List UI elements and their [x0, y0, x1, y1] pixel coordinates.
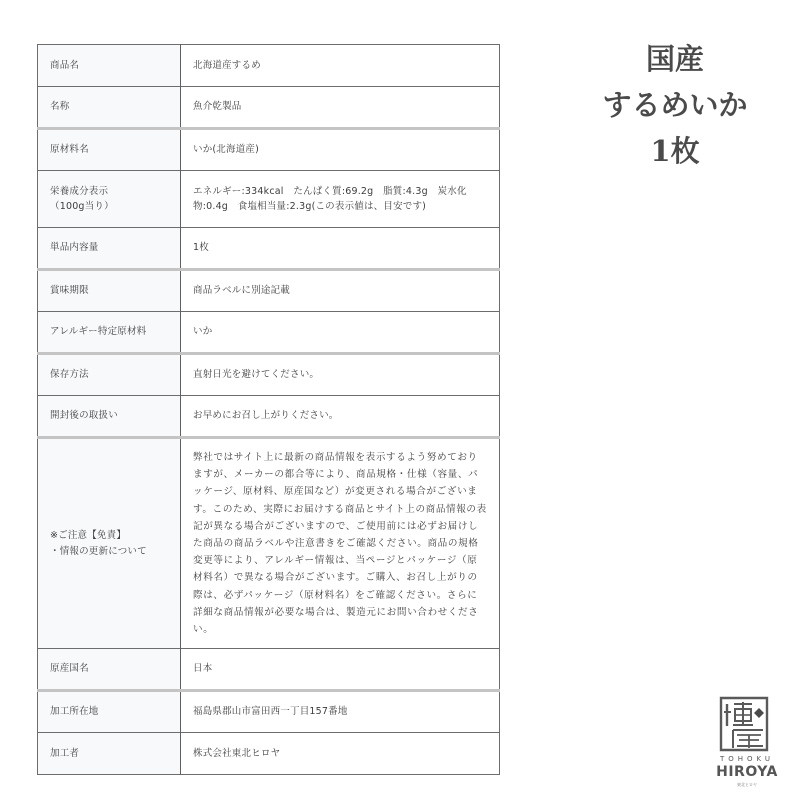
- row-label-name: 名称: [38, 87, 181, 129]
- row-label-product-name: 商品名: [38, 45, 181, 87]
- row-value-disclaimer: 弊社ではサイト上に最新の商品情報を表示するよう努めておりますが、メーカーの都合等…: [181, 438, 500, 649]
- row-value-processor: 株式会社東北ヒロヤ: [181, 733, 500, 775]
- row-label-storage: 保存方法: [38, 354, 181, 396]
- table-row: 原産国名 日本: [38, 649, 500, 691]
- row-value-processing-location: 福島県郡山市富田西一丁目157番地: [181, 691, 500, 733]
- row-label-disclaimer: ※ご注意【免責】 ・情報の更新について: [38, 438, 181, 649]
- logo-tohoku-text: TOHOKU: [716, 755, 778, 763]
- title-line-squid: するめいか: [560, 82, 790, 128]
- table-row: 単品内容量 1枚: [38, 228, 500, 270]
- table-row: 保存方法 直射日光を避けてください。: [38, 354, 500, 396]
- row-value-best-before: 商品ラベルに別途記載: [181, 270, 500, 312]
- table-row: 開封後の取扱い お早めにお召し上がりください。: [38, 396, 500, 438]
- table-row: 名称 魚介乾製品: [38, 87, 500, 129]
- title-line-quantity: 1枚: [560, 128, 790, 174]
- table-row: アレルギー特定原材料 いか: [38, 312, 500, 354]
- table-row: 原材料名 いか(北海道産): [38, 129, 500, 171]
- row-value-allergens: いか: [181, 312, 500, 354]
- row-value-name: 魚介乾製品: [181, 87, 500, 129]
- table-row: 栄養成分表示 （100g当り） エネルギー:334kcal たんぱく質:69.2…: [38, 171, 500, 228]
- row-label-allergens: アレルギー特定原材料: [38, 312, 181, 354]
- brand-logo: TOHOKU HIROYA 東北ヒロヤ: [716, 696, 778, 794]
- table-row: 商品名 北海道産するめ: [38, 45, 500, 87]
- row-label-best-before: 賞味期限: [38, 270, 181, 312]
- table-row: 賞味期限 商品ラベルに別途記載: [38, 270, 500, 312]
- logo-hiroya-text: HIROYA: [716, 764, 778, 780]
- table-row: 加工所在地 福島県郡山市富田西一丁目157番地: [38, 691, 500, 733]
- row-value-origin: 日本: [181, 649, 500, 691]
- row-value-quantity: 1枚: [181, 228, 500, 270]
- product-title: 国産 するめいか 1枚: [560, 36, 790, 174]
- row-value-nutrition: エネルギー:334kcal たんぱく質:69.2g 脂質:4.3g 炭水化物:0…: [181, 171, 500, 228]
- diamond-icon: [754, 708, 764, 718]
- table-row: ※ご注意【免責】 ・情報の更新について 弊社ではサイト上に最新の商品情報を表示す…: [38, 438, 500, 649]
- row-label-after-opening: 開封後の取扱い: [38, 396, 181, 438]
- table-row: 加工者 株式会社東北ヒロヤ: [38, 733, 500, 775]
- row-label-nutrition: 栄養成分表示 （100g当り）: [38, 171, 181, 228]
- row-value-after-opening: お早めにお召し上がりください。: [181, 396, 500, 438]
- logo-sub-text: 東北ヒロヤ: [716, 782, 778, 788]
- row-label-quantity: 単品内容量: [38, 228, 181, 270]
- hiroya-logo-mark-icon: [719, 696, 769, 752]
- row-label-processor: 加工者: [38, 733, 181, 775]
- product-spec-table: 商品名 北海道産するめ 名称 魚介乾製品 原材料名 いか(北海道産) 栄養成分表…: [37, 44, 500, 775]
- row-label-processing-location: 加工所在地: [38, 691, 181, 733]
- row-label-ingredients: 原材料名: [38, 129, 181, 171]
- row-value-ingredients: いか(北海道産): [181, 129, 500, 171]
- row-value-storage: 直射日光を避けてください。: [181, 354, 500, 396]
- title-line-domestic: 国産: [560, 36, 790, 82]
- row-value-product-name: 北海道産するめ: [181, 45, 500, 87]
- row-label-origin: 原産国名: [38, 649, 181, 691]
